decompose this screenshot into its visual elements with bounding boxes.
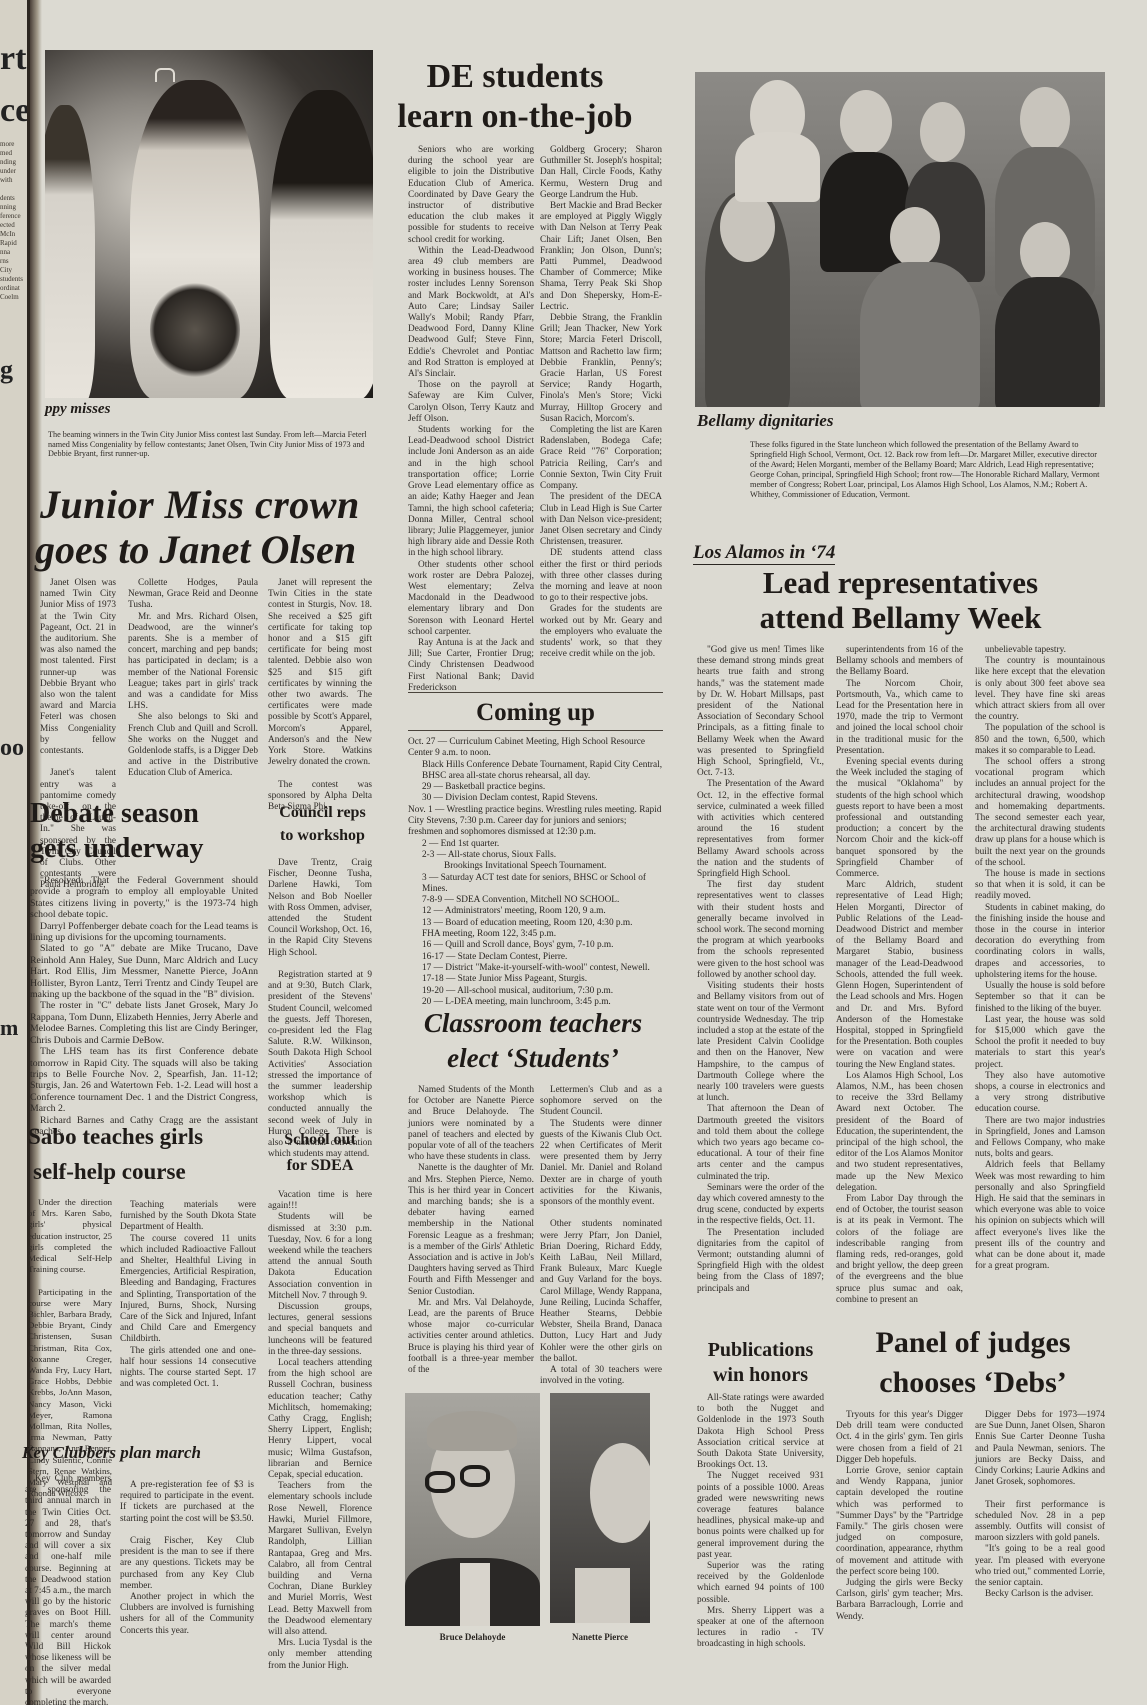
newspaper-page: rt ce more med nding under with dents nn… — [0, 0, 1147, 1705]
headline-debs-line1: Panel of judges — [838, 1328, 1108, 1359]
divider — [408, 730, 663, 731]
story-classroom-col2: Lettermen's Club and as a sophomore serv… — [540, 1085, 662, 1387]
divider — [408, 692, 663, 693]
tiara-icon — [155, 68, 175, 82]
headline-sdea-line2: for SDEA — [268, 1158, 372, 1174]
calendar-item: 30 — Division Declam contest, Rapid Stev… — [408, 793, 663, 804]
calendar-item: 19-20 — All-school musical, auditorium, … — [408, 986, 663, 997]
headline-sabo-line1: Sabo teaches girls — [28, 1125, 203, 1148]
calendar-item: 16-17 — State Declam Contest, Pierre. — [408, 952, 663, 963]
nanette-pierce-photo — [550, 1393, 650, 1623]
headline-junior-miss-line1: Junior Miss crown — [40, 485, 360, 526]
photo-caption-head: ppy misses — [45, 402, 110, 417]
calendar-date: 16 — [422, 940, 431, 950]
story-bellamy-col2: superintendents from 16 of the Bellamy s… — [836, 645, 963, 1306]
calendar-date: 17 — [422, 963, 431, 973]
story-bellamy-col1: "God give us men! Times like these deman… — [697, 645, 824, 1295]
calendar-event: All-school musical, auditorium, 7:30 p.m… — [457, 986, 613, 996]
calendar-date: 30 — [422, 793, 431, 803]
photo-name-caption: Bruce Delahoyde — [405, 1632, 540, 1642]
story-bellamy-col3: unbelievable tapestry. The country is mo… — [975, 645, 1105, 1272]
calendar-item: 16 — Quill and Scroll dance, Boys' gym, … — [408, 940, 663, 951]
headline-coming-up: Coming up — [408, 700, 663, 726]
calendar-event: L-DEA meeting, main lunchroom, 3:45 p.m. — [445, 997, 611, 1007]
headline-sabo-line2: self-help course — [33, 1160, 186, 1183]
story-debs-col2: Digger Debs for 1973—1974 are Sue Dunn, … — [975, 1410, 1105, 1600]
fragment-text: more med nding under with dents nning fe… — [0, 140, 30, 302]
headline-classroom-line1: Classroom teachers — [403, 1010, 663, 1038]
calendar-event: Saturday ACT test date for seniors, BHSC… — [422, 873, 646, 894]
calendar-item: 17 — District "Make-it-yourself-with-woo… — [408, 963, 663, 974]
story-junior-miss-col3: Janet will represent the Twin Cities in … — [268, 578, 372, 813]
photo-caption: The beaming winners in the Twin City Jun… — [48, 430, 368, 459]
bruce-delahoyde-photo — [405, 1393, 540, 1626]
calendar-item: FHA meeting, Room 122, 3:45 p.m. — [408, 929, 663, 940]
photo-caption-head: Bellamy dignitaries — [697, 412, 833, 429]
calendar-item: 2-3 — All-state chorus, Sioux Falls. — [408, 850, 663, 861]
headline-de-line2: learn on-the-job — [395, 100, 635, 135]
story-junior-miss-col2: Collette Hodges, Paula Newman, Grace Rei… — [128, 578, 258, 780]
calendar-date: 20 — [422, 997, 431, 1007]
calendar-date: 13 — [422, 918, 431, 928]
fragment-headline: oo — [0, 735, 24, 762]
calendar-date: Oct. 27 — [408, 737, 435, 747]
headline-debate-line1: Debate season — [30, 800, 199, 829]
calendar-event: All-state chorus, Sioux Falls. — [448, 850, 556, 860]
calendar-item: Oct. 27 — Curriculum Cabinet Meeting, Hi… — [408, 737, 663, 760]
glasses-icon — [425, 1471, 455, 1493]
headline-bellamy-line2: attend Bellamy Week — [693, 602, 1108, 634]
calendar-date: 2-3 — [422, 850, 434, 860]
story-council: Dave Trentz, Craig Fischer, Deonne Tusha… — [268, 858, 372, 1160]
junior-miss-photo — [45, 50, 373, 398]
calendar-date: Nov. 1 — [408, 805, 433, 815]
kicker-los-alamos: Los Alamos in ‘74 — [693, 542, 835, 565]
story-key-club-col2: A pre-registeration fee of $3 is require… — [120, 1480, 254, 1637]
fragment-headline: rt — [0, 40, 26, 78]
calendar-list: Oct. 27 — Curriculum Cabinet Meeting, Hi… — [408, 737, 663, 1008]
calendar-item: 3 — Saturday ACT test date for seniors, … — [408, 873, 663, 896]
calendar-event: Administrators' meeting, Room 120, 9 a.m… — [445, 906, 606, 916]
calendar-event: Division Declam contest, Rapid Stevens. — [445, 793, 597, 803]
photo-name-caption: Nanette Pierce — [550, 1632, 650, 1642]
headline-council-line2: to workshop — [270, 828, 375, 844]
calendar-date: 16-17 — [422, 952, 444, 962]
fragment-headline: g — [0, 355, 13, 385]
calendar-event: State Declam Contest, Pierre. — [458, 952, 568, 962]
photo-figure-right — [270, 90, 373, 398]
calendar-date: 3 — [422, 873, 427, 883]
calendar-item: Nov. 1 — Wrestling practice begins. Wres… — [408, 805, 663, 839]
calendar-item: 12 — Administrators' meeting, Room 120, … — [408, 906, 663, 917]
calendar-item: Brookings Invitational Speech Tournament… — [408, 861, 663, 872]
story-debate: "Resolved: That the Federal Government s… — [30, 875, 258, 1137]
calendar-event: FHA meeting, Room 122, 3:45 p.m. — [422, 929, 556, 939]
headline-junior-miss-line2: goes to Janet Olsen — [35, 530, 356, 571]
calendar-event: End 1st quarter. — [441, 839, 500, 849]
calendar-item: 29 — Basketball practice begins. — [408, 782, 663, 793]
calendar-event: District "Make-it-yourself-with-wool" co… — [445, 963, 650, 973]
fragment-headline: ce — [0, 92, 30, 130]
headline-sdea-line1: School out — [268, 1132, 372, 1148]
calendar-item: 13 — Board of education meeting, Room 12… — [408, 918, 663, 929]
headline-publications-line2: win honors — [697, 1365, 824, 1385]
story-publications: All-State ratings were awarded to both t… — [697, 1393, 824, 1651]
story-de-col1: Seniors who are working during the schoo… — [408, 145, 534, 694]
calendar-event: Board of education meeting, Room 120, 4:… — [445, 918, 632, 928]
calendar-item: 7-8-9 — SDEA Convention, Mitchell NO SCH… — [408, 895, 663, 906]
headline-publications-line1: Publications — [697, 1340, 824, 1360]
calendar-event: Basketball practice begins. — [445, 782, 545, 792]
calendar-event: Quill and Scroll dance, Boys' gym, 7-10 … — [445, 940, 613, 950]
bouquet — [150, 280, 240, 380]
headline-bellamy-line1: Lead representatives — [693, 567, 1108, 599]
calendar-event: Black Hills Conference Debate Tournament… — [422, 760, 662, 781]
calendar-event: Brookings Invitational Speech Tournament… — [444, 861, 606, 871]
calendar-item: 2 — End 1st quarter. — [408, 839, 663, 850]
story-classroom-col1: Named Students of the Month for October … — [408, 1085, 534, 1376]
story-key-club-col1: Key Club members are sponsoring the thir… — [25, 1474, 111, 1705]
calendar-date: 17-18 — [422, 974, 444, 984]
story-debs-col1: Tryouts for this year's Digger Deb drill… — [836, 1410, 963, 1623]
story-sdea: Vacation time is here again!!! Students … — [268, 1190, 372, 1672]
calendar-date: 2 — [422, 839, 427, 849]
story-de-col2: Goldberg Grocery; Sharon Guthmiller St. … — [540, 145, 662, 660]
calendar-date: 12 — [422, 906, 431, 916]
photo-figure-left — [45, 105, 95, 398]
headline-classroom-line2: elect ‘Students’ — [403, 1045, 663, 1073]
calendar-date: 29 — [422, 782, 431, 792]
fragment-headline: m — [0, 1015, 18, 1041]
headline-debs-line2: chooses ‘Debs’ — [838, 1368, 1108, 1399]
calendar-date: 7-8-9 — [422, 895, 442, 905]
calendar-date: 19-20 — [422, 986, 444, 996]
calendar-event: State Junior Miss Pageant, Sturgis. — [458, 974, 587, 984]
story-sabo-col2: Teaching materials were furnished by the… — [120, 1200, 256, 1390]
calendar-event: Wrestling practice begins. Wrestling rul… — [408, 805, 661, 838]
calendar-item: Black Hills Conference Debate Tournament… — [408, 760, 663, 783]
headline-de-line1: DE students — [395, 60, 635, 95]
headline-key-club: Key Clubbers plan march — [22, 1444, 201, 1461]
calendar-event: SDEA Convention, Mitchell NO SCHOOL. — [456, 895, 619, 905]
calendar-event: Curriculum Cabinet Meeting, High School … — [408, 737, 645, 758]
photo-caption: These folks figured in the State luncheo… — [750, 440, 1105, 500]
bellamy-dignitaries-photo — [695, 72, 1105, 407]
calendar-item: 17-18 — State Junior Miss Pageant, Sturg… — [408, 974, 663, 985]
headline-debate-line2: gets underway — [30, 835, 203, 864]
headline-council-line1: Council reps — [270, 805, 375, 821]
calendar-item: 20 — L-DEA meeting, main lunchroom, 3:45… — [408, 997, 663, 1008]
